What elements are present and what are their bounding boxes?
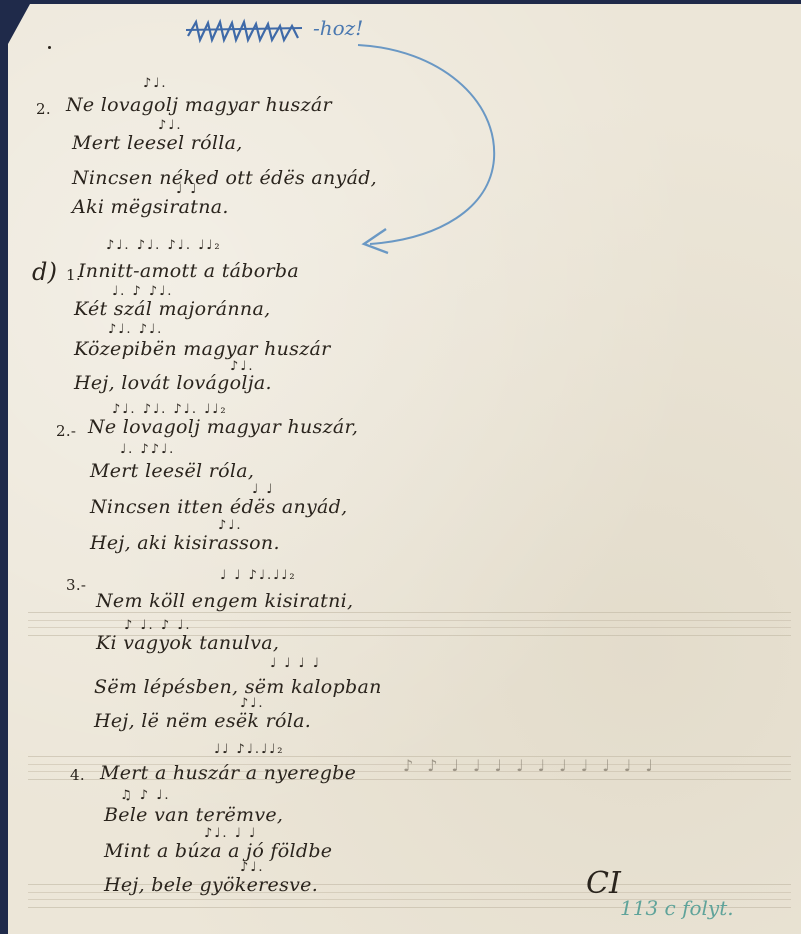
stanza-number: 2. [36,100,51,118]
stanza-number: 2.- [56,422,76,440]
lyric-line: Nincsen itten édës anyád, [90,496,348,518]
section-label: d) [32,258,57,286]
rhythm-marks: ♪♩. [240,860,265,875]
lyric-line: Aki mëgsiratna. [72,196,229,218]
stanza-number: 3.- [66,576,86,594]
rhythm-marks: ♪♩. ♪♩. ♪♩. ♩♩₂ [112,402,228,417]
rhythm-marks: ♪♩. [240,696,265,711]
rhythm-marks: ♩ ♩ [176,182,198,197]
rhythm-marks: ♪♩. ♪♩. [108,322,163,337]
rhythm-marks: ♪ ♩. ♪ ♩. [124,618,192,633]
faint-music-notes: ♪♪♩♩♩♩♩♩♩♩♩♩ [403,756,667,775]
header-annotation: -hoz! [313,16,363,40]
lyric-line: Nem köll engem kisiratni, [96,590,353,612]
rhythm-marks: ♪♩. ♪♩. ♪♩. ♩♩₂ [106,238,222,253]
lyric-line: Mert a huszár a nyeregbe [100,762,356,784]
lyric-line: Mert leesel rólla, [72,132,243,154]
rhythm-marks: ♩. ♪ ♪♩. [112,284,173,299]
rhythm-marks: ♩ ♩ [252,482,274,497]
crossed-out-name [186,18,314,44]
lyric-line: Közepibën magyar huszár [74,338,331,360]
lyric-line: Nincsen néked ott édës anyád, [72,167,377,189]
shelf-mark: CI [586,866,621,901]
archive-note: 113 c folyt. [620,896,734,920]
ink-dot [48,46,51,49]
lyric-line: Hej, lovát lovágolja. [74,372,272,394]
rhythm-marks: ♪♩. [143,76,168,91]
lyric-line: Sëm lépésben, sëm kalopban [94,676,382,698]
lyric-line: Mint a búza a jó földbe [104,840,332,862]
lyric-line: Mert leesël róla, [90,460,254,482]
stanza-number: 4. [70,766,85,784]
rhythm-marks: ♩♩ ♪♩.♩♩₂ [214,742,284,757]
lyric-line: Hej, lë nëm esëk róla. [94,710,311,732]
rhythm-marks: ♩. ♪♪♩. [120,442,175,457]
lyric-line: Hej, aki kisirasson. [90,532,280,554]
lyric-line: Ne lovagolj magyar huszár [66,94,332,116]
scan-border [0,0,8,934]
lyric-line: Ne lovagolj magyar huszár, [88,416,358,438]
lyric-line: Innitt-amott a táborba [78,260,299,282]
manuscript-page: ♪♪♩♩♩♩♩♩♩♩♩♩ -hoz! ♪♩. 2. Ne lovagolj ma… [8,4,801,934]
rhythm-marks: ♪♩. [218,518,243,533]
rhythm-marks: ♩ ♩ ♪♩.♩♩₂ [220,568,297,583]
rhythm-marks: ♪♩. ♩ ♩ [204,826,257,841]
rhythm-marks: ♩ ♩ ♩ ♩ [270,656,321,671]
lyric-line: Bele van terëmve, [104,804,283,826]
lyric-line: Ki vagyok tanulva, [96,632,279,654]
lyric-line: Hej, bele gyökeresve. [104,874,318,896]
rhythm-marks: ♪♩. [158,118,183,133]
lyric-line: Két szál majoránna, [74,298,270,320]
rhythm-marks: ♫ ♪ ♩. [120,788,170,803]
curved-arrow-icon [348,39,508,259]
